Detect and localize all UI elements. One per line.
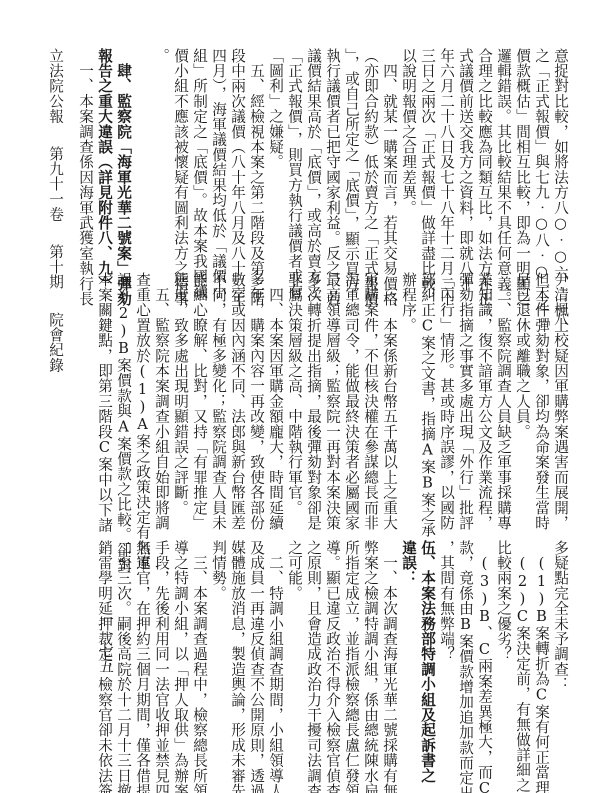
text-column: 導。顯已違反政治不得介入檢察官偵查 <box>323 540 342 755</box>
text-column: 五、監察院本案調查小組自始即將調 <box>152 272 171 507</box>
text-column: 多疑點完全未予調查： <box>551 540 570 755</box>
text-column: 軍購案件，不但核決權在參謀總長而非 <box>361 272 380 507</box>
text-column: 。 <box>152 48 171 253</box>
text-column: 」，或自己所定之「底價」，顯示買方 <box>342 48 361 253</box>
text-column: 多年，購案內容一再改變，致使各部份 <box>247 272 266 507</box>
text-column: 組」所制定之「底價」。故本案我國議 <box>190 48 209 253</box>
text-column: (3)B、C兩案差異極大，而C案總價 <box>475 540 494 755</box>
text-column: 媒體施放消息，製造輿論，形成未審先 <box>228 540 247 755</box>
text-column: 查重心置放於(1)A案之政策決定有無違 <box>133 272 152 507</box>
text-column: 二至三次。嗣後高院於十二月十三日撤 <box>114 540 133 755</box>
text-column: 但本件彈劾對象，卻均為命案發生當時 <box>532 272 551 507</box>
text-column: 數字或因內涵不同、法郎與新台幣匯差 <box>228 272 247 507</box>
text-column: 之原則，且會造成政治力干擾司法調查 <box>304 540 323 755</box>
text-column: 導之特調小組，以「押人取供」為辦案 <box>171 540 190 755</box>
text-column: 辦程序。 <box>399 272 418 507</box>
text-column: （亦即合約款）低於賣方之「正式報價 <box>361 48 380 253</box>
text-column: 「正式報價」，則買方執行議價者或有 <box>285 48 304 253</box>
text-column: 年六月二十八日及七十八年十二月二十 <box>437 48 456 253</box>
text-column: 四月），海軍議價結果均低於「議價小 <box>209 48 228 253</box>
text-band-top: 意捉對比較，如將法方八○‧○六‧二八之「正式報價」與七九‧○八‧○一之「價款概估… <box>76 48 570 253</box>
text-column: 三日之兩次「正式報價」做詳盡比較， <box>418 48 437 253</box>
text-column: 態度，致多處出現明顯錯誤之評斷。 <box>171 272 190 507</box>
text-band-bottom: 多疑點完全未予調查： (1)B案轉折為C案有何正當理由？ (2)C案決定前，有無… <box>95 540 570 755</box>
text-column: 四、本案因軍購金額龐大，時間延續 <box>266 272 285 507</box>
text-column: 海軍總司令，能做最終決策者必屬國家 <box>342 272 361 507</box>
text-column: 一、本案調查係因海軍武獲室執行長 <box>76 48 95 253</box>
text-column: 議價結果高於「底價」，或高於賣方之 <box>304 48 323 253</box>
text-column <box>133 48 152 253</box>
text-column: 違誤： <box>399 540 418 755</box>
text-column: 判情勢。 <box>209 540 228 755</box>
publication-header: 立法院公報第九十一卷第十期院會紀錄 <box>46 48 65 394</box>
text-column: 式議價前送交我方之資料，即就八十 <box>456 48 475 253</box>
text-column: 四、就某一購案而言，若其交易價格 <box>380 48 399 253</box>
text-column: 「圖利」之嫌疑。 <box>266 48 285 253</box>
text-column: 能細心瞭解、比對，又持「有罪推定」 <box>190 272 209 507</box>
text-column: 三、本案係新台幣五千萬以上之重大 <box>380 272 399 507</box>
text-column: 手段，先後利用同一法官收押並禁見四 <box>152 540 171 755</box>
text-column: 非屬決策層級之高、中階執行軍官。 <box>285 272 304 507</box>
text-column: 一、本次調查海軍光華二號採購有無 <box>380 540 399 755</box>
volume-number: 第九十一卷 <box>46 146 65 222</box>
text-column: 最高領導層級；監察院一再對本案決策 <box>323 272 342 507</box>
text-column: (1)B案轉折為C案有何正當理由？ <box>532 540 551 755</box>
text-column: 三、本案調查過程中，檢察總長所領 <box>190 540 209 755</box>
text-column: 尹清楓上校疑因軍購弊案遇害而展開， <box>551 272 570 507</box>
text-column: 肆、監察院「海軍光華二號案」彈劾 <box>114 48 133 253</box>
text-column: 執行議價者已把守國家利益。反之，若 <box>323 48 342 253</box>
text-column: 及成員一再違反偵查不公開原則，透過 <box>247 540 266 755</box>
text-column: 報告之重大違誤（詳見附件八、九） <box>95 48 114 253</box>
text-column: 「內行」情形。甚或時序誤謬，以國防 <box>437 272 456 507</box>
text-band-middle: 尹清楓上校疑因軍購弊案遇害而展開，但本件彈劾對象，卻均為命案發生當時早已退休或離… <box>95 272 570 507</box>
text-column: 款，竟係由B案價款增加追加款而定出 <box>456 540 475 755</box>
text-column: 不同，有極多變化；監察院調查人員未 <box>209 272 228 507</box>
issue-number: 第十期 <box>46 244 65 290</box>
text-column: 多次轉折提出指摘，最後彈劾對象卻是 <box>304 272 323 507</box>
page-number: 一一七五 <box>96 612 115 674</box>
text-column: 以說明報價之合理差異。 <box>399 48 418 253</box>
text-column: 本案關鍵點，即第三階段C案中以下諸 <box>95 272 114 507</box>
text-column: 段中兩次議價（八十年八月及八十二年 <box>228 48 247 253</box>
text-column: (2)C案決定前，有無做詳細之評估， <box>513 540 532 755</box>
text-column: 價款概估」間相互比較，即為一明顯之 <box>513 48 532 253</box>
text-column: 邏輯錯誤。其比較結果不具任何意義。 <box>494 48 513 253</box>
text-column: 名軍官，在押約三個月期間，僅各借提 <box>133 540 152 755</box>
text-column: ，其間有無弊端？ <box>437 540 456 755</box>
text-column: 之可能。 <box>285 540 304 755</box>
text-column: 所指定成立，並指派檢察總長盧仁發領 <box>342 540 361 755</box>
section-name: 院會紀錄 <box>46 312 65 373</box>
text-column: 二、特調小組調查期間，小組領導人 <box>266 540 285 755</box>
text-column: 誤(2)B案價款與A案價款之比較。卻對 <box>114 272 133 507</box>
text-column: 意捉對比較，如將法方八○‧○六‧二八 <box>551 48 570 253</box>
publication-title: 立法院公報 <box>46 48 65 124</box>
text-column: 比較兩案之優劣？ <box>494 540 513 755</box>
text-column: 早已退休或離職之人員。 <box>513 272 532 507</box>
text-column: 伍、本案法務部特調小組及起訴書之 <box>418 540 437 755</box>
text-column: 價小組不應該被懷疑有圖利法方之情事 <box>171 48 190 253</box>
text-column: 五、經檢視本案之第二階段及第三階 <box>247 48 266 253</box>
text-column: 弊案之檢調特調小組，係由總統陳水扁 <box>361 540 380 755</box>
text-column: 合理之比較應為同類互比，如法方在正 <box>475 48 494 253</box>
text-column: 部糾正C案之文書，指摘A案B案之承 <box>418 272 437 507</box>
text-column: 彈劾指摘之事實多處出現「外行」批評 <box>456 272 475 507</box>
text-column: 業知識，復不諳軍方公文及作業流程， <box>475 272 494 507</box>
text-column: 之「正式報價」與七九‧○八‧○一之「 <box>532 48 551 253</box>
text-column: 二、監察院調查人員缺乏軍事採購專 <box>494 272 513 507</box>
